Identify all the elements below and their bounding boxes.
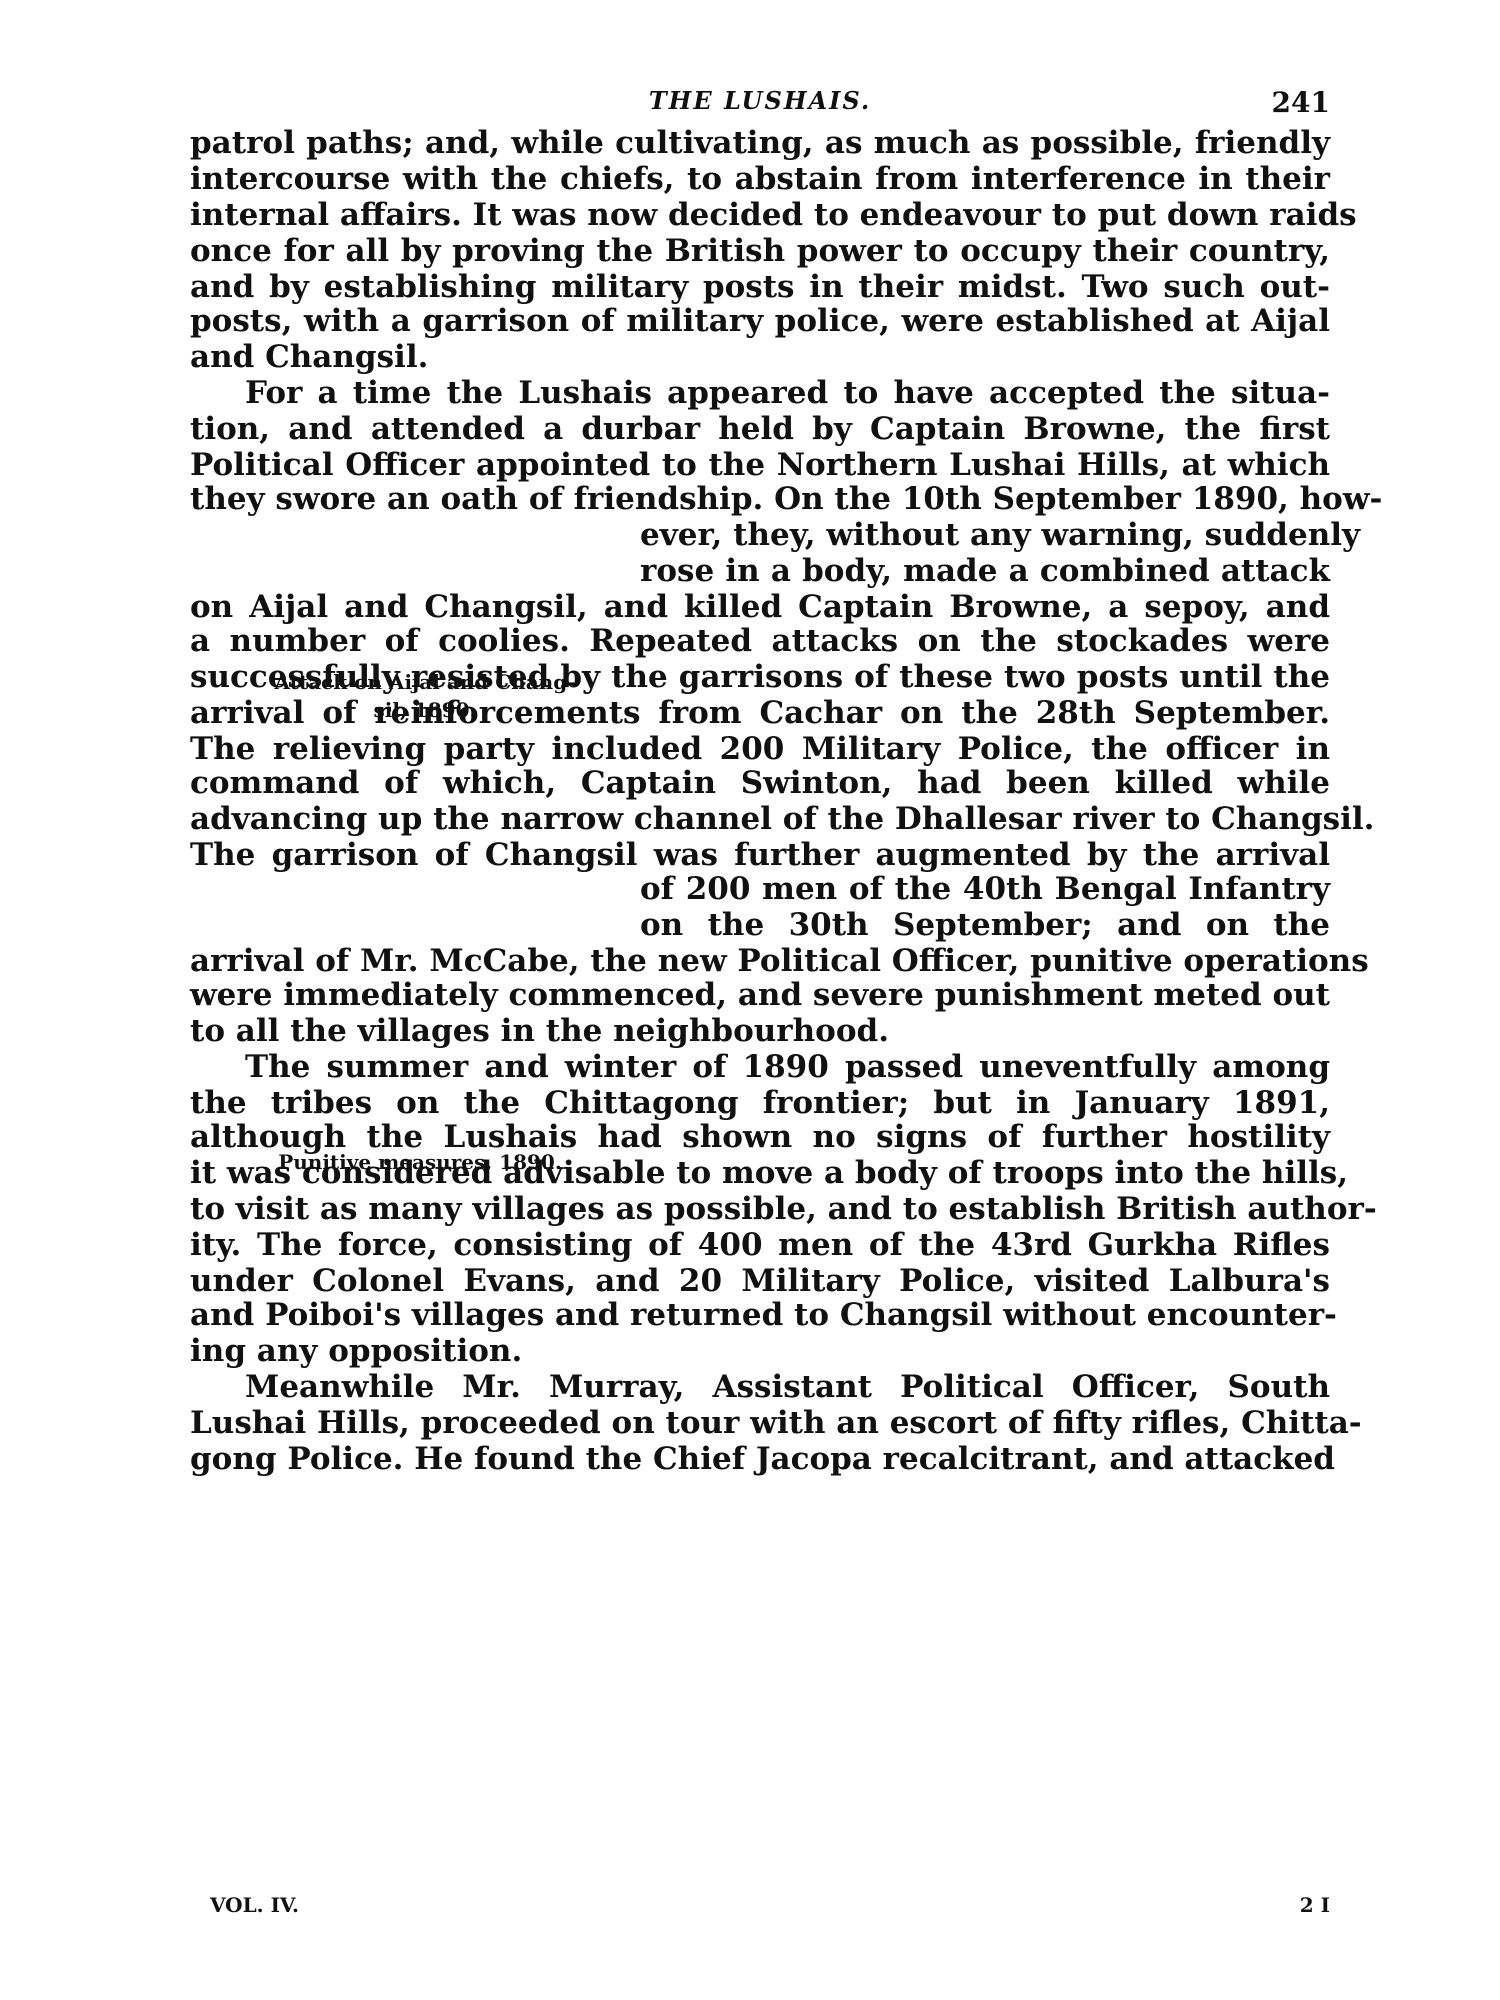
marginal-note-punitive: Punitive measures, 1890. (240, 1148, 600, 1176)
running-title: THE LUSHAIS. (190, 86, 1330, 115)
page-number: 241 (1272, 86, 1330, 119)
marginal-note-line: sil, 1890. (245, 696, 605, 724)
page-footer: VOL. IV. 2 I (190, 1893, 1330, 1923)
volume-label: VOL. IV. (210, 1893, 299, 1917)
signature-mark: 2 I (1300, 1893, 1330, 1917)
marginal-note-attack: Attack on Aijal and Chang- sil, 1890. (245, 668, 605, 724)
book-page: THE LUSHAIS. 241 patrol paths; and, whil… (0, 0, 1500, 2000)
marginal-note-line: Attack on Aijal and Chang- (245, 668, 605, 696)
marginal-note-line: Punitive measures, 1890. (240, 1148, 600, 1176)
body-line: gong Police. He found the Chief Jacopa r… (190, 1436, 1330, 1482)
